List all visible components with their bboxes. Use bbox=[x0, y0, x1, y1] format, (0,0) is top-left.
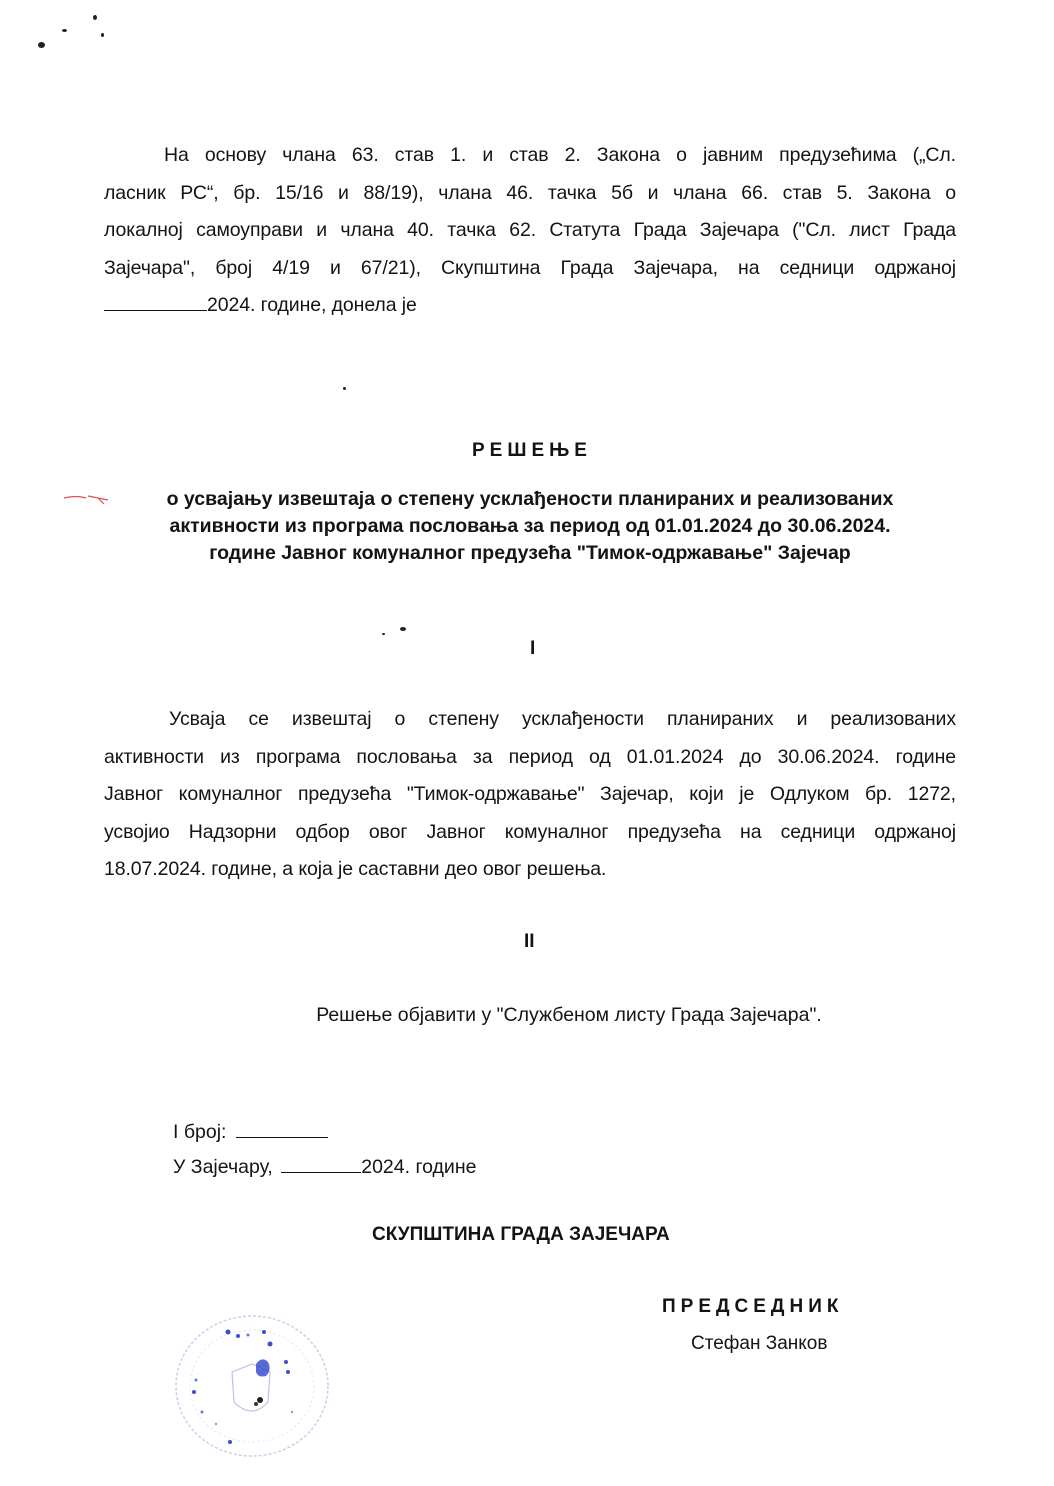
section-2-text: Решење објавити у "Службеном листу Града… bbox=[0, 1004, 1054, 1027]
red-scan-mark bbox=[62, 492, 112, 508]
president-name: Стефан Занков bbox=[691, 1333, 827, 1355]
scan-artifact bbox=[101, 33, 104, 37]
assembly-name: СКУПШТИНА ГРАДА ЗАЈЕЧАРА bbox=[372, 1224, 670, 1246]
place-prefix: У Зајечару, bbox=[173, 1156, 273, 1178]
preamble-paragraph: На основу члана 63. став 1. и став 2. За… bbox=[104, 137, 956, 325]
section-2-numeral: II bbox=[524, 931, 535, 953]
scan-artifact bbox=[62, 29, 67, 32]
place-date-line: У Зајечару, 2024. године bbox=[173, 1154, 476, 1179]
official-seal-stamp bbox=[172, 1312, 332, 1460]
number-label: I број: bbox=[173, 1121, 226, 1143]
document-page: На основу члана 63. став 1. и став 2. За… bbox=[0, 0, 1054, 1486]
scan-artifact bbox=[38, 42, 45, 48]
preamble-line: Зајечара", број 4/19 и 67/21), Скупштина… bbox=[104, 250, 956, 288]
scan-artifact bbox=[343, 387, 346, 390]
section-1-numeral: I bbox=[530, 638, 535, 660]
number-blank bbox=[236, 1119, 328, 1138]
section-1-line: Јавног комуналног предузећа "Тимок-одржа… bbox=[104, 776, 956, 814]
place-date-blank bbox=[281, 1154, 361, 1173]
subtitle-line: о усвајању извештаја о степену усклађено… bbox=[120, 486, 940, 513]
section-1-line: активности из програма пословања за пери… bbox=[104, 739, 956, 777]
section-1-line: 18.07.2024. године, а која је саставни д… bbox=[104, 851, 956, 889]
preamble-line-date: 2024. године, донела је bbox=[104, 287, 956, 325]
number-line: I број: bbox=[173, 1119, 328, 1144]
preamble-line: ласник РС“, бр. 15/16 и 88/19), члана 46… bbox=[104, 175, 956, 213]
subtitle-line: активности из програма пословања за пери… bbox=[120, 513, 940, 540]
section-1-paragraph: Усваја се извештај о степену усклађеност… bbox=[104, 701, 956, 889]
document-title: РЕШЕЊЕ bbox=[0, 440, 1054, 462]
section-1-line: усвојио Надзорни одбор овог Јавног комун… bbox=[104, 814, 956, 852]
president-title: ПРЕДСЕДНИК bbox=[662, 1296, 843, 1318]
scan-artifact bbox=[382, 633, 385, 635]
scan-artifact bbox=[93, 15, 97, 20]
preamble-line: На основу члана 63. став 1. и став 2. За… bbox=[104, 137, 956, 175]
scan-artifact bbox=[400, 627, 406, 631]
preamble-line-text: 2024. године, донела је bbox=[207, 294, 417, 316]
preamble-line: локалној самоуправи и члана 40. тачка 62… bbox=[104, 212, 956, 250]
section-1-line: Усваја се извештај о степену усклађеност… bbox=[104, 701, 956, 739]
place-suffix: 2024. године bbox=[361, 1156, 476, 1178]
date-blank bbox=[104, 292, 207, 311]
document-subtitle: о усвајању извештаја о степену усклађено… bbox=[120, 486, 940, 567]
subtitle-line: године Јавног комуналног предузећа "Тимо… bbox=[120, 540, 940, 567]
